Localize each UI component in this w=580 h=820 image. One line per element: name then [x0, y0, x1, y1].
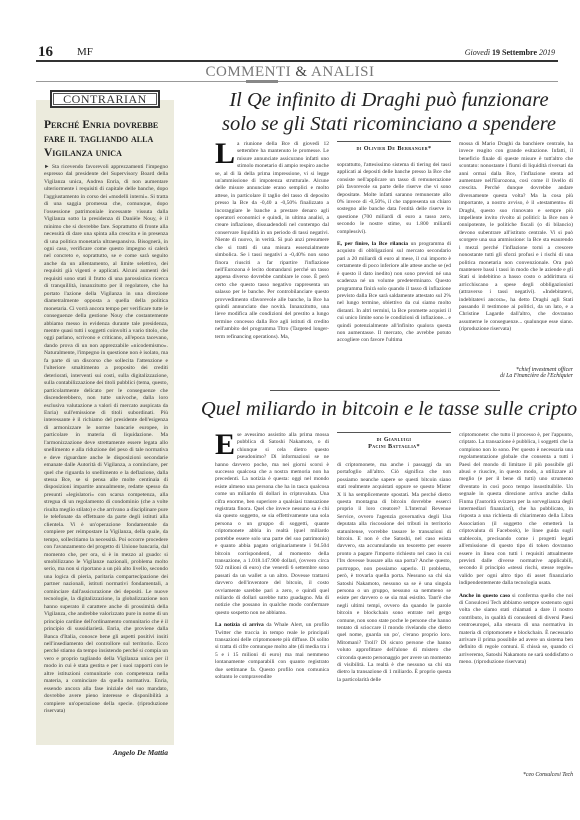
- article1-col2-para2: E, per finire, la Bce rilancia un progra…: [337, 241, 451, 345]
- section-rule: [36, 81, 558, 82]
- article2-byline-line2: Pacini Battaglia*: [337, 443, 451, 450]
- article2-col3-para2: Anche in questo caso si conferma quello …: [459, 593, 573, 667]
- issue-date: Giovedì 19 Settembre 2019: [465, 48, 555, 57]
- article2-byline: di Gianluigi Pacini Battaglia*: [337, 432, 451, 450]
- article1-headline-line2: solo se gli Stati ricominciano a spender…: [198, 112, 580, 136]
- date-weekday: Giovedì: [465, 48, 490, 57]
- article1-headline-line1: Il Qe infinito di Draghi può funzionare: [198, 88, 580, 112]
- article1-column-2: soprattutto, l'attesissimo sistema di ti…: [337, 162, 451, 386]
- article2-dropcap: E: [215, 433, 235, 457]
- article2-byline-box: di Gianluigi Pacini Battaglia*: [337, 432, 451, 450]
- sidebar-body: ► Sta ricevendo favorevoli apprezzamenti…: [44, 164, 168, 716]
- article2-col3-para1: criptomonete: che tutto il processo è, p…: [459, 432, 573, 588]
- article2-column-1: Ese avessimo assistito alla prima mossa …: [215, 432, 329, 812]
- section-ampersand: &: [295, 64, 307, 80]
- article2-col1-lead: La notizia ci arriva: [215, 622, 264, 628]
- section-rule-marker: [246, 80, 278, 83]
- article1-col3-text: mossa di Mario Draghi da banchiere centr…: [459, 141, 573, 332]
- article2-column-2: di criptomonete, ma anche i passaggi da …: [337, 462, 451, 782]
- article1-col2-para1: soprattutto, l'attesissimo sistema di ti…: [337, 162, 451, 236]
- article2-col1-para2: La notizia ci arriva da Whale Alert, un …: [215, 622, 329, 681]
- date-day-month: 19 Settembre: [492, 48, 537, 57]
- article1-signature-line2: di La Financière de l'Echiquier: [459, 373, 573, 379]
- section-title-left: COMMENTI: [205, 64, 291, 80]
- article1-byline-box: di Olivier De Berranger*: [337, 141, 451, 152]
- page-number: 16: [38, 44, 53, 61]
- article1-signature: *chief investment officer di La Financiè…: [459, 367, 573, 379]
- sidebar-headline: Perché Enria dovrebbe fare il tagliando …: [44, 118, 168, 160]
- article1-col1-text: a riunione della Bce di giovedì 12 sette…: [215, 141, 329, 340]
- article-separator: [270, 390, 500, 391]
- article2-headline: Quel miliardo in bitcoin e le tasse sull…: [198, 398, 580, 421]
- article1-col2-para2-text: un programma di acquisto di obbligazioni…: [337, 241, 451, 343]
- article1-dropcap: L: [215, 142, 235, 166]
- article2-signature: *ceo Consulcesi Tech: [459, 772, 573, 778]
- header-rule: [36, 60, 558, 62]
- article1-headline: Il Qe infinito di Draghi può funzionare …: [198, 88, 580, 136]
- date-year: 2019: [539, 48, 555, 57]
- article1-byline: di Olivier De Berranger*: [337, 141, 451, 152]
- article1-column-3: mossa di Mario Draghi da banchiere centr…: [459, 141, 573, 366]
- article2-col3-lead: Anche in questo caso: [459, 593, 510, 599]
- article2-col1-para2-text: da Whale Alert, un profilo Twitter che t…: [215, 622, 329, 680]
- publication-logo: MF: [77, 46, 93, 58]
- sidebar-author: Angelo De Mattia: [44, 748, 168, 757]
- article1-column-1: L a riunione della Bce di giovedì 12 set…: [215, 141, 329, 386]
- article2-column-3: criptomonete: che tutto il processo è, p…: [459, 432, 573, 767]
- article2-col2-text: di criptomonete, ma anche i passaggi da …: [337, 462, 451, 683]
- section-title: COMMENTI & ANALISI: [0, 64, 580, 81]
- article1-col2-lead: E, per finire, la Bce rilancia: [337, 241, 408, 247]
- contrarian-label: CONTRARIAN: [50, 90, 160, 108]
- section-title-right: ANALISI: [311, 64, 375, 80]
- article2-byline-line1: di Gianluigi: [337, 436, 451, 443]
- article2-col3-para2-text: si conferma quello che noi di Consulcesi…: [459, 593, 573, 666]
